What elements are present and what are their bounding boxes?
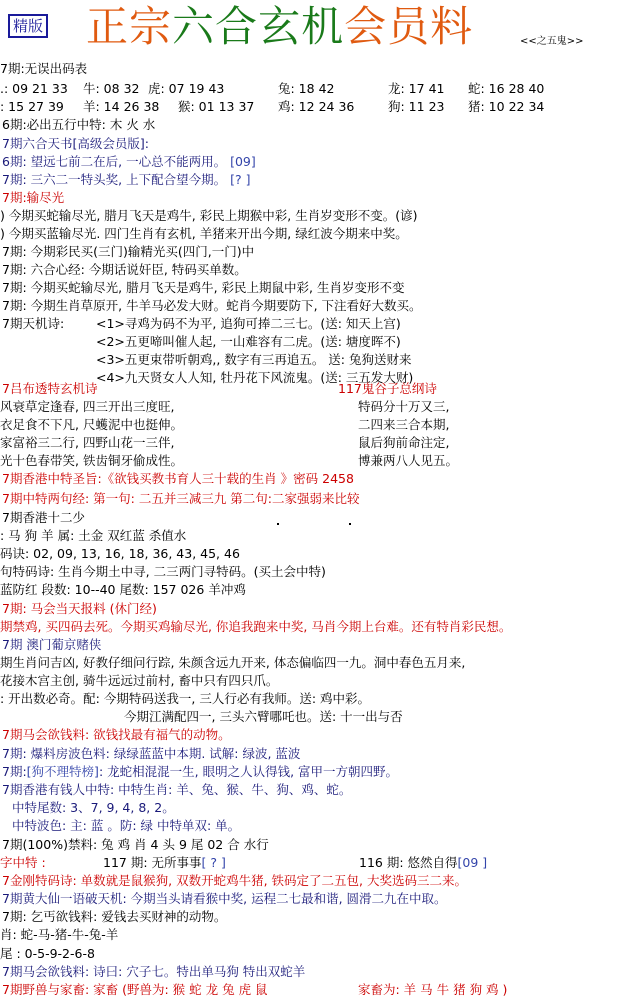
lubu-heading: 7吕布透特玄机诗 (2, 380, 97, 397)
mahui-news-heading: 7期: 马会当天报料 (休门经) (2, 600, 157, 617)
lubu-line: 风衰草定逢春, 四三开出三度旺, (0, 398, 174, 415)
page-subtitle: <<之五鬼>> (520, 32, 584, 47)
page-header: 精版 正宗六合玄机会员料 <<之五鬼>> (0, 0, 621, 56)
macau-line: 期生肖问吉凶, 好教仔细问行踪, 朱颜含远九开来, 体态偏临四一九。洞中春色五月… (0, 654, 465, 671)
title-char: 玄 (258, 2, 301, 51)
tianshu-line-6: 6期: 望远七前二在后, 一心总不能两用。 [09] (2, 153, 256, 170)
edition-badge: 精版 (8, 14, 48, 38)
title-char: 宗 (129, 2, 172, 51)
wei-line: 尾 : 0-5-9-2-6-8 (0, 945, 95, 962)
period-text: 117 期: 无所事事 (103, 855, 202, 870)
dog-list-line: 7期:[狗不理特榜]: 龙蛇相混混一生, 眼明之人认得钱, 富甲一方朝四野。 (2, 763, 398, 780)
tianshu-result: [? ] (230, 172, 250, 187)
dog-text: : 龙蛇相混混一生, 眼明之人认得钱, 富甲一方朝四野。 (99, 764, 398, 779)
macau-line: 花接木宫主创, 骑牛远远过前村, 畜中只有四只爪。 (0, 672, 278, 689)
tianshu-heading: 7期六合天书[高级会员版]: (2, 135, 149, 152)
tianji-line: <3>五更束带听朝鸡,, 数字有三再追五。 送: 兔狗送财来 (96, 351, 411, 368)
tianshu-text: 7期: 三六二一特头奖, 上下配合望今期。 (2, 172, 226, 187)
hk-twelve-heading: 7期香港十二少 (2, 509, 85, 526)
misc-line: 7期: 今期买蛇输尽光, 腊月飞天是鸡牛, 彩民上期鼠中彩, 生肖岁变形不变 (2, 279, 404, 296)
title-char: 正 (86, 2, 129, 51)
shuqin-heading: 7期:输尽光 (2, 189, 64, 206)
guiguzi-line: 二四来三合本期, (358, 416, 449, 433)
hk-twelve-codes: 码诀: 02, 09, 13, 16, 18, 36, 43, 45, 46 (0, 545, 240, 562)
wuxing-line: 6期:必出五行中特: 木 火 水 (2, 116, 155, 133)
misc-line: 7期: 今期彩民买(三门)输精光买(四门,一门)中 (2, 243, 254, 260)
rich-man-colors: 中特波色: 主: 蓝 。防: 绿 中特单双: 单。 (12, 817, 240, 834)
xiao-line: 肖: 蛇-马-猪-牛-兔-羊 (0, 926, 118, 943)
code-cell: 猴: 01 13 37 (178, 98, 254, 115)
macau-heading: 7期 澳门葡京赌侠 (2, 636, 101, 653)
tianshu-text: 6期: 望远七前二在后, 一心总不能两用。 (2, 154, 226, 169)
code-cell: 兔: 18 42 (278, 80, 334, 97)
zi-zhongte-116: 116 期: 悠然自得[09 ] (359, 854, 487, 871)
tianji-line: <1>寻鸡为码不为平, 追狗可捧二三七。(送: 知天上宫) (96, 315, 401, 332)
mahui-money: 7期马会欲钱料: 欲钱找最有福气的动物。 (2, 726, 231, 743)
tianshu-result: [09] (230, 154, 256, 169)
macau-line: 今期江满配四一, 三头六臂哪吒也。送: 十一出与否 (124, 708, 403, 725)
lubu-line: 光十色春带笑, 铁齿铜牙偷成性。 (0, 452, 183, 469)
beggar-line: 7期: 乞丐欲钱料: 爱钱去买财神的动物。 (2, 908, 226, 925)
two-sentence: 7期中特两句经: 第一句: 二五并三减三九 第二句:二家强弱来比较 (2, 490, 360, 507)
code-cell: 羊: 14 26 38 (83, 98, 159, 115)
title-char: 料 (430, 2, 473, 51)
code-table-heading: 7期:无误出码表 (0, 60, 87, 77)
guiguzi-line: 特码分十万又三, (358, 398, 449, 415)
code-cell: 牛: 08 32 (83, 80, 139, 97)
period-result: [ ? ] (202, 855, 226, 870)
title-char: 会 (344, 2, 387, 51)
guiguzi-heading: 117鬼谷子总纲诗 (338, 380, 437, 397)
rich-man-heading: 7期香港有钱人中特: 中特生肖: 羊、兔、猴、牛、狗、鸡、蛇。 (2, 781, 351, 798)
hk-twelve-stats: 蓝防红 段数: 10--40 尾数: 157 026 羊冲鸡 (0, 581, 246, 598)
title-char: 员 (387, 2, 430, 51)
hk-edict: 7期香港中特圣旨:《欲钱买教书育人三十载的生肖 》密码 2458 (2, 470, 354, 487)
page-title: 正宗六合玄机会员料 (86, 0, 473, 54)
code-cell: 狗: 11 23 (388, 98, 444, 115)
macau-line: : 开出数必奇。配: 今期特码送我一, 三人行必有我师。送: 鸡中彩。 (0, 690, 370, 707)
burst-line: 7期: 爆料房波色料: 绿绿蓝蓝中本期. 试解: 绿波, 蓝波 (2, 745, 300, 762)
jingang-poem: 7金刚特码诗: 单数就是鼠猴狗, 双数开蛇鸡牛猪, 铁码定了二五包, 大奖选码三… (2, 872, 467, 889)
tianji-label: 7期天机诗: (2, 315, 64, 332)
misc-line: 7期: 今期生肖草原开, 牛羊马必发大财。蛇肖今期要防下, 下注看好大数买。 (2, 297, 422, 314)
dog-prefix: 7期: (2, 764, 27, 779)
rich-man-tails: 中特尾数: 3、7, 9, 4, 8, 2。 (12, 799, 175, 816)
code-cell: 蛇: 16 28 40 (468, 80, 544, 97)
title-char: 六 (172, 2, 215, 51)
shuqin-item: ) 今期买蓝输尽光. 四门生肖有玄机, 羊猪来开出今期, 绿红波今期来中奖。 (0, 225, 408, 242)
dog-bracket: [狗不理特榜] (27, 764, 99, 779)
tianshu-line-7: 7期: 三六二一特头奖, 上下配合望今期。 [? ] (2, 171, 250, 188)
code-cell: .: 09 21 33 (0, 80, 68, 97)
title-char: 机 (301, 2, 344, 51)
hk-twelve-attrs: : 马 狗 羊 属: 土金 双红蓝 杀值水 (0, 527, 186, 544)
wild-domestic-left: 7期野兽与家畜: 家畜 (野兽为: 猴 蛇 龙 兔 虎 鼠 (2, 981, 268, 998)
period-text: 116 期: 悠然自得 (359, 855, 458, 870)
code-cell: 猪: 10 22 34 (468, 98, 544, 115)
shuqin-item: ) 今期买蛇输尽光, 腊月飞天是鸡牛, 彩民上期猴中彩, 生肖岁变形不变。(谚) (0, 207, 417, 224)
lubu-line: 家富裕三二行, 四野山花一三伴, (0, 434, 174, 451)
wong-tai-sin: 7期黄大仙一语破天机: 今期当头请看猴中奖, 运程二七最和谐, 圆滑二九在中取。 (2, 890, 447, 907)
forbidden-line: 7期(100%)禁料: 兔 鸡 肖 4 头 9 尾 02 合 水行 (2, 836, 269, 853)
mahui-news-text: 期禁鸡, 买四码去死。今期买鸡输尽光, 你追我跑来中奖, 马肖今期上台难。还有特… (0, 618, 511, 635)
period-result: [09 ] (458, 855, 488, 870)
guiguzi-line: 博兼两八人见五。 (358, 452, 458, 469)
code-cell: 虎: 07 19 43 (148, 80, 224, 97)
guiguzi-line: 鼠后狗前命注定, (358, 434, 449, 451)
wild-domestic-right: 家畜为: 羊 马 牛 猪 狗 鸡 ) (358, 981, 507, 998)
stray-dot (277, 523, 279, 525)
stray-dot (349, 523, 351, 525)
title-char: 合 (215, 2, 258, 51)
tianji-line: <2>五更啼叫催人起, 一山难容有二虎。(送: 塘度晖不) (96, 333, 401, 350)
zi-zhongte-117: 117 期: 无所事事[ ? ] (103, 854, 226, 871)
zi-zhongte-label: 字中特 : (0, 854, 46, 871)
lubu-line: 衣足食不下凡, 尺蠖泥中也挺伸。 (0, 416, 183, 433)
code-cell: 龙: 17 41 (388, 80, 444, 97)
code-cell: : 15 27 39 (0, 98, 64, 115)
hk-twelve-poem: 句特码诗: 生肖今期土中寻, 二三两门寻特码。(买土会中特) (0, 563, 326, 580)
mahui-poem: 7期马会欲钱料: 诗曰: 穴子七。特出单马狗 特出双蛇羊 (2, 963, 305, 980)
code-cell: 鸡: 12 24 36 (278, 98, 354, 115)
misc-line: 7期: 六合心经: 今期话说奸臣, 特码买单数。 (2, 261, 247, 278)
